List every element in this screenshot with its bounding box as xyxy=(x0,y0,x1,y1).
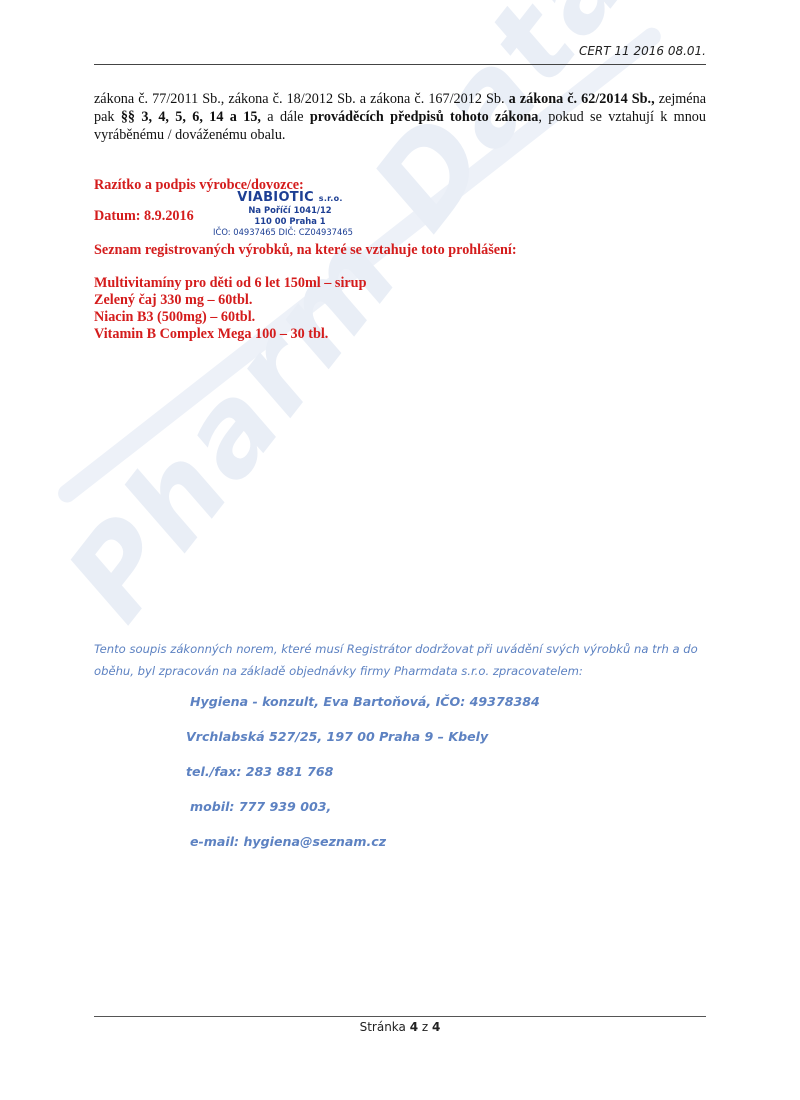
processor-notice: Tento soupis zákonných norem, které musí… xyxy=(94,638,714,682)
date-label: Datum: 8.9.2016 xyxy=(94,208,194,225)
list-item: Niacin B3 (500mg) – 60tbl. xyxy=(94,309,366,326)
law-text-3: a dále xyxy=(261,109,310,125)
processor-email: e-mail: hygiena@seznam.cz xyxy=(190,834,386,849)
list-item: Vitamin B Complex Mega 100 – 30 tbl. xyxy=(94,326,366,343)
law-bold-2: §§ 3, 4, 5, 6, 14 a 15, xyxy=(121,109,261,125)
product-list-title: Seznam registrovaných výrobků, na které … xyxy=(94,242,517,259)
stamp-city: 110 00 Praha 1 xyxy=(200,216,380,227)
document-page: Pharm Data s.r.o. CERT 11 2016 08.01. zá… xyxy=(0,0,800,1100)
law-text-1: zákona č. 77/2011 Sb., zákona č. 18/2012… xyxy=(94,91,509,107)
header-divider xyxy=(94,64,706,65)
stamp-ids: IČO: 04937465 DIČ: CZ04937465 xyxy=(186,227,380,238)
stamp-company-name: VIABIOTIC s.r.o. xyxy=(200,190,380,205)
list-item: Multivitamíny pro děti od 6 let 150ml – … xyxy=(94,275,366,292)
processor-phone: tel./fax: 283 881 768 xyxy=(186,764,333,779)
law-paragraph: zákona č. 77/2011 Sb., zákona č. 18/2012… xyxy=(94,90,706,144)
processor-mobile: mobil: 777 939 003, xyxy=(190,799,331,814)
stamp-street: Na Poříčí 1041/12 xyxy=(200,205,380,216)
footer-divider xyxy=(94,1016,706,1017)
document-code: CERT 11 2016 08.01. xyxy=(579,44,706,58)
company-stamp: VIABIOTIC s.r.o. Na Poříčí 1041/12 110 0… xyxy=(200,190,380,238)
law-bold-3: prováděcích předpisů tohoto zákona xyxy=(310,109,538,125)
processor-address: Vrchlabská 527/25, 197 00 Praha 9 – Kbel… xyxy=(186,729,488,744)
processor-name: Hygiena - konzult, Eva Bartoňová, IČO: 4… xyxy=(190,694,540,709)
list-item: Zelený čaj 330 mg – 60tbl. xyxy=(94,292,366,309)
page-number: Stránka 4 z 4 xyxy=(0,1020,800,1034)
product-list: Multivitamíny pro děti od 6 let 150ml – … xyxy=(94,275,366,343)
law-bold-1: a zákona č. 62/2014 Sb., xyxy=(509,91,655,107)
